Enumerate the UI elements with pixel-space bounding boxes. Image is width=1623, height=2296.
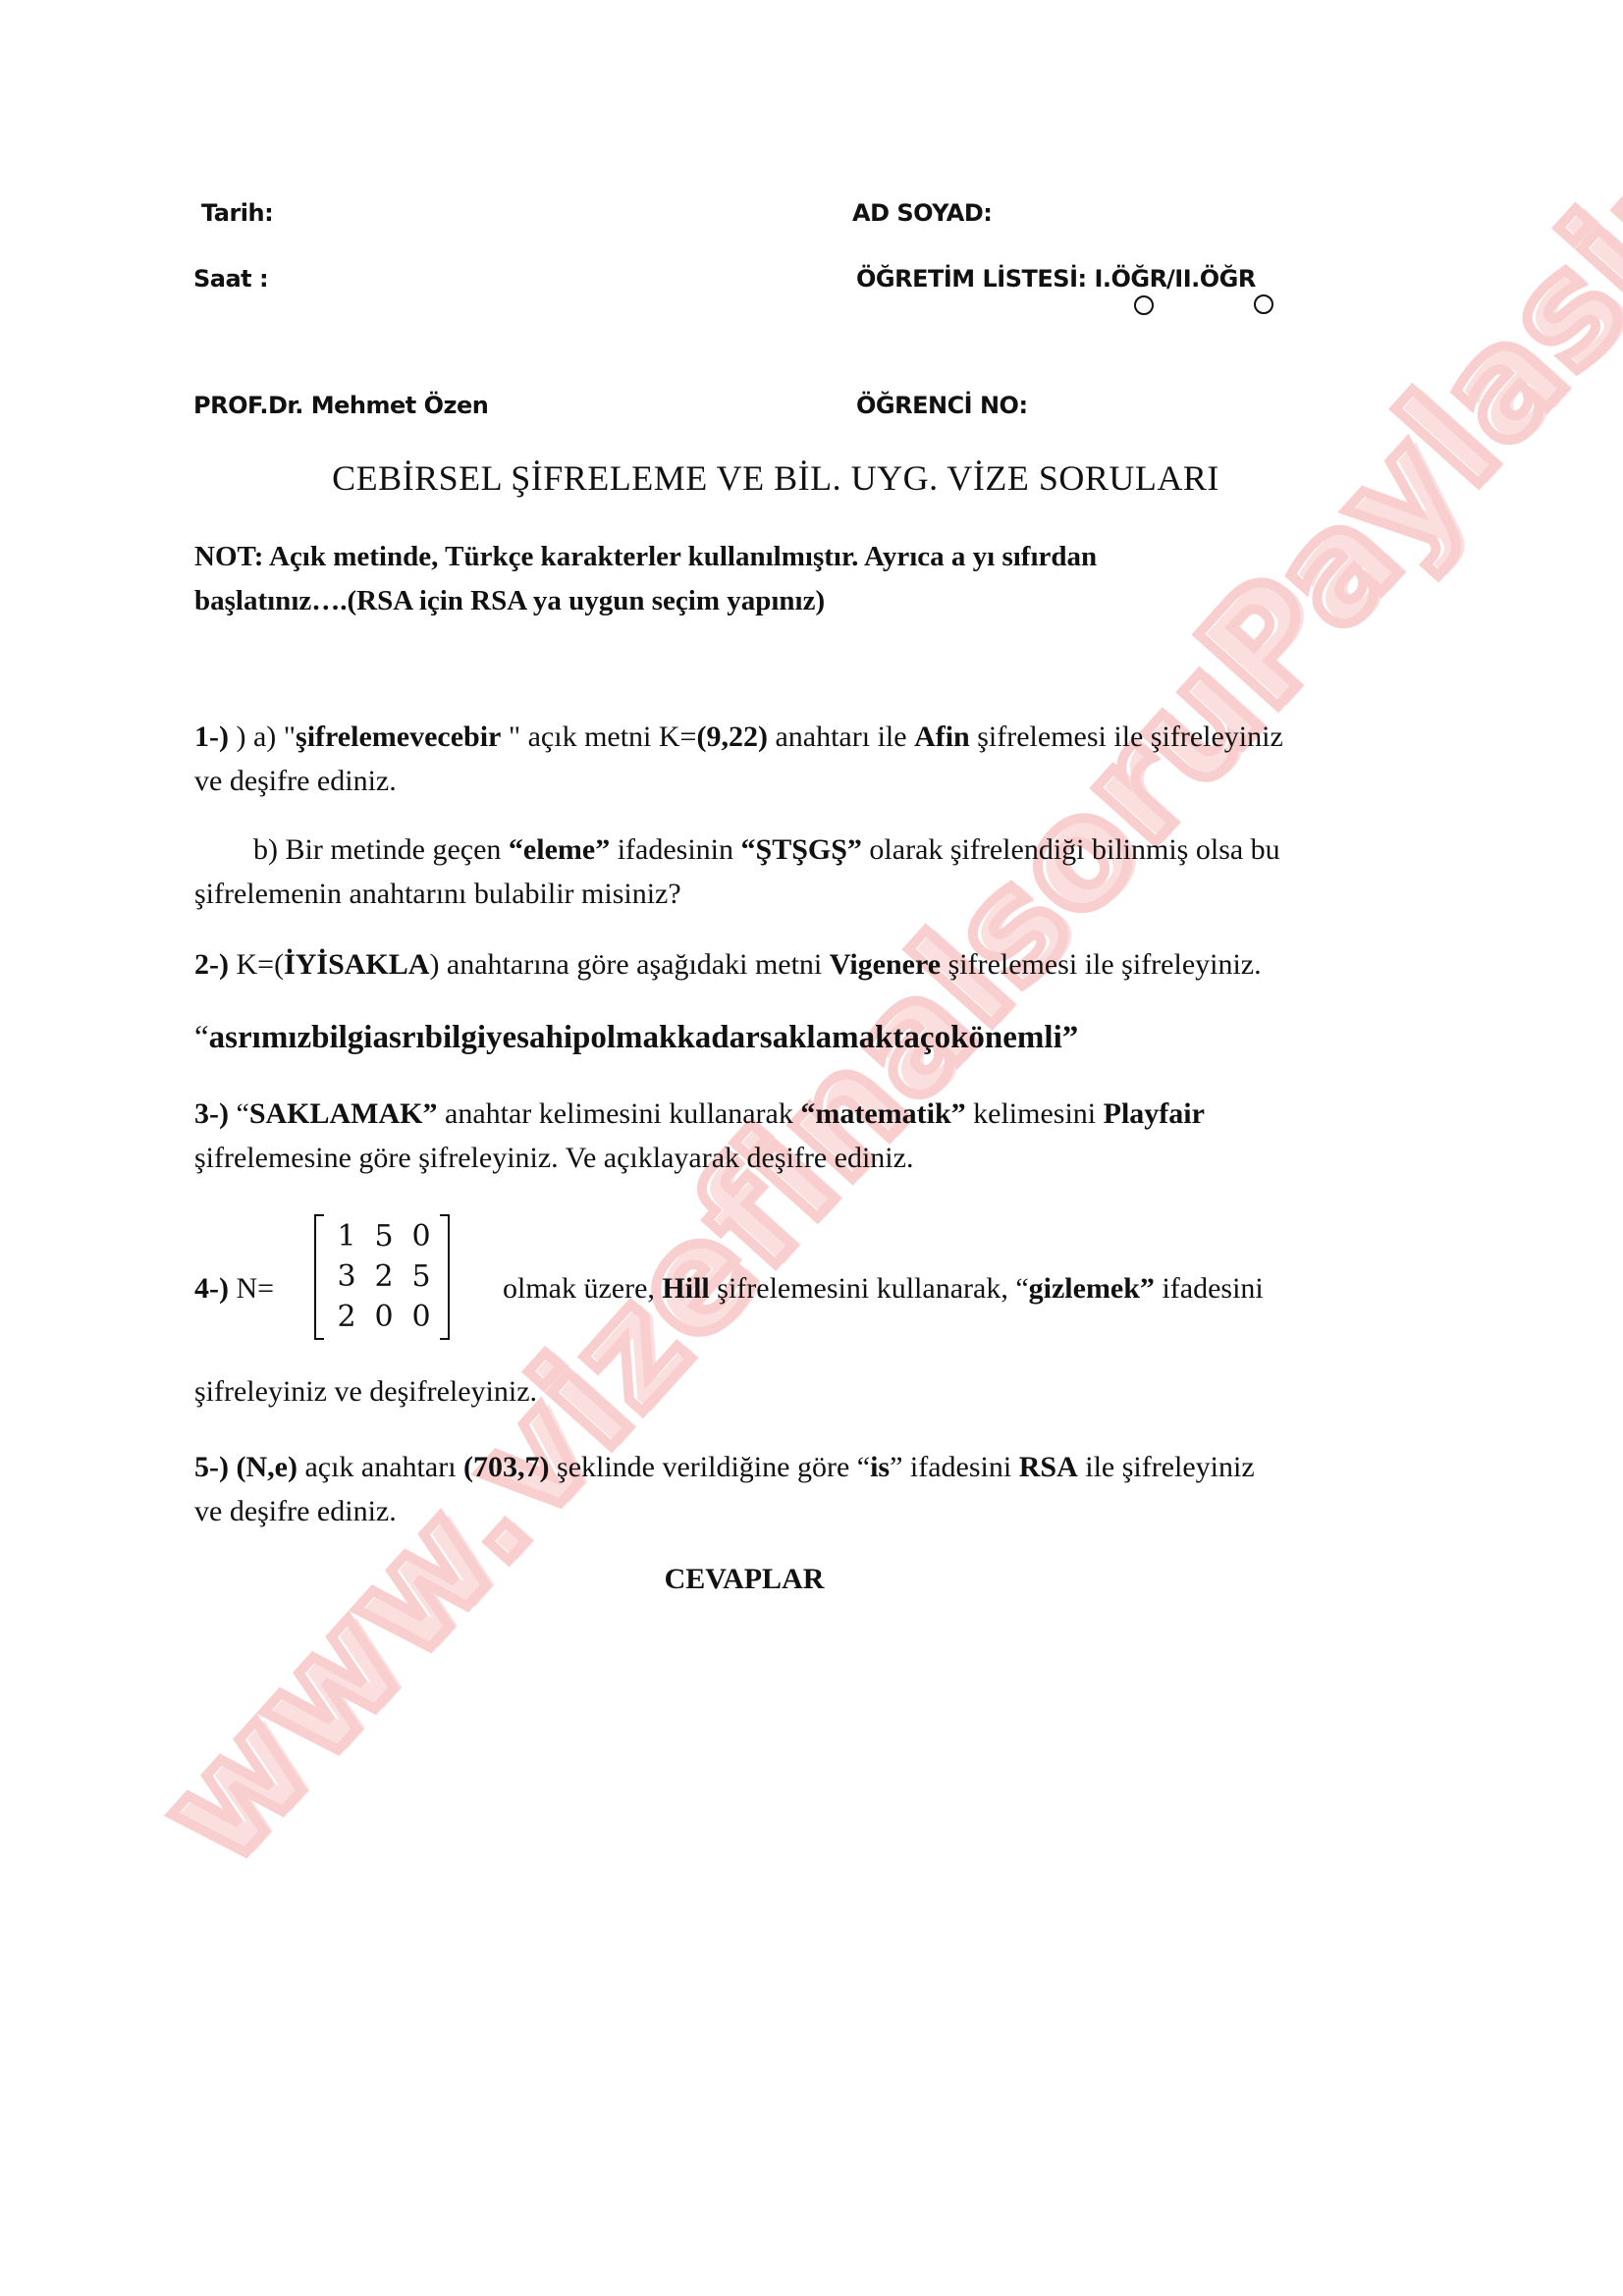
answers-heading: CEVAPLAR bbox=[0, 1563, 1488, 1596]
matrix-left-bracket bbox=[314, 1214, 324, 1340]
question-number: 4-) bbox=[194, 1272, 229, 1305]
cipher-name: Vigenere bbox=[830, 948, 941, 981]
plaintext: şifrelemevecebir bbox=[296, 721, 501, 753]
program-option-2-label: /II.ÖĞR bbox=[1166, 265, 1256, 293]
exam-note: NOT: Açık metinde, Türkçe karakterler ku… bbox=[194, 535, 1373, 623]
cipher-name: RSA bbox=[1019, 1451, 1078, 1483]
matrix-cell: 0 bbox=[403, 1297, 440, 1337]
program-option-2-radio[interactable] bbox=[1254, 294, 1273, 314]
question-number: 3-) bbox=[194, 1097, 229, 1130]
public-key-pair: (N,e) bbox=[236, 1451, 297, 1483]
plain-word: “eleme” bbox=[509, 833, 610, 866]
student-no-label: ÖĞRENCİ NO: bbox=[856, 392, 1028, 419]
time-label: Saat : bbox=[193, 265, 268, 293]
question-number: 1-) bbox=[194, 721, 229, 753]
question-number: 2-) bbox=[194, 948, 229, 981]
matrix-cell: 5 bbox=[403, 1256, 440, 1297]
question-3: 3-) “SAKLAMAK” anahtar kelimesini kullan… bbox=[194, 1092, 1461, 1180]
question-1b: b) Bir metinde geçen “eleme” ifadesinin … bbox=[194, 828, 1461, 916]
cipher-name: Afin bbox=[914, 721, 970, 753]
key: (9,22) bbox=[696, 721, 767, 753]
encrypted-word: “ŞTŞGŞ” bbox=[741, 833, 862, 866]
question-4-line-2: şifreleyiniz ve deşifreleyiniz. bbox=[194, 1369, 1461, 1414]
question-number: 5-) bbox=[194, 1451, 229, 1483]
cipher-name: Hill bbox=[662, 1272, 709, 1305]
key: SAKLAMAK” bbox=[249, 1097, 438, 1130]
matrix-cell: 2 bbox=[328, 1297, 365, 1337]
note-line-1: NOT: Açık metinde, Türkçe karakterler ku… bbox=[194, 535, 1373, 579]
key: (703,7) bbox=[463, 1451, 549, 1483]
cipher-name: Playfair bbox=[1104, 1097, 1205, 1130]
matrix-cell: 2 bbox=[365, 1256, 403, 1297]
instructor-name: PROF.Dr. Mehmet Özen bbox=[193, 392, 488, 419]
matrix-cell: 1 bbox=[328, 1216, 365, 1256]
hill-key-matrix: 150325200 bbox=[314, 1214, 450, 1340]
question-5: 5-) (N,e) açık anahtarı (703,7) şeklinde… bbox=[194, 1445, 1461, 1533]
matrix-cell: 0 bbox=[365, 1297, 403, 1337]
question-2: 2-) K=(İYİSAKLA) anahtarına göre aşağıda… bbox=[194, 942, 1461, 987]
key: İYİSAKLA bbox=[284, 948, 429, 981]
question-1a: 1-) ) a) "şifrelemevecebir " açık metni … bbox=[194, 715, 1461, 803]
matrix-cells: 150325200 bbox=[328, 1216, 440, 1337]
exam-title: CEBİRSEL ŞİFRELEME VE BİL. UYG. VİZE SOR… bbox=[0, 457, 1551, 499]
note-line-2: başlatınız….(RSA için RSA ya uygun seçim… bbox=[194, 579, 1373, 623]
plain-word: “matematik” bbox=[800, 1097, 965, 1130]
matrix-right-bracket bbox=[440, 1214, 450, 1340]
plain-word: gizlemek” bbox=[1029, 1272, 1155, 1305]
name-label: AD SOYAD: bbox=[852, 199, 992, 227]
date-label: Tarih: bbox=[201, 199, 273, 227]
matrix-cell: 5 bbox=[365, 1216, 403, 1256]
question-4-text: olmak üzere, Hill şifrelemesini kullanar… bbox=[503, 1266, 1485, 1310]
program-option-1-radio[interactable] bbox=[1134, 295, 1154, 315]
question-2-plaintext: “asrımızbilgiasrıbilgiyesahipolmakkadars… bbox=[194, 1016, 1461, 1060]
plain-word: is bbox=[870, 1451, 890, 1483]
matrix-cell: 0 bbox=[403, 1216, 440, 1256]
matrix-cell: 3 bbox=[328, 1256, 365, 1297]
program-label: ÖĞRETİM LİSTESİ: I.ÖĞR bbox=[856, 265, 1167, 293]
